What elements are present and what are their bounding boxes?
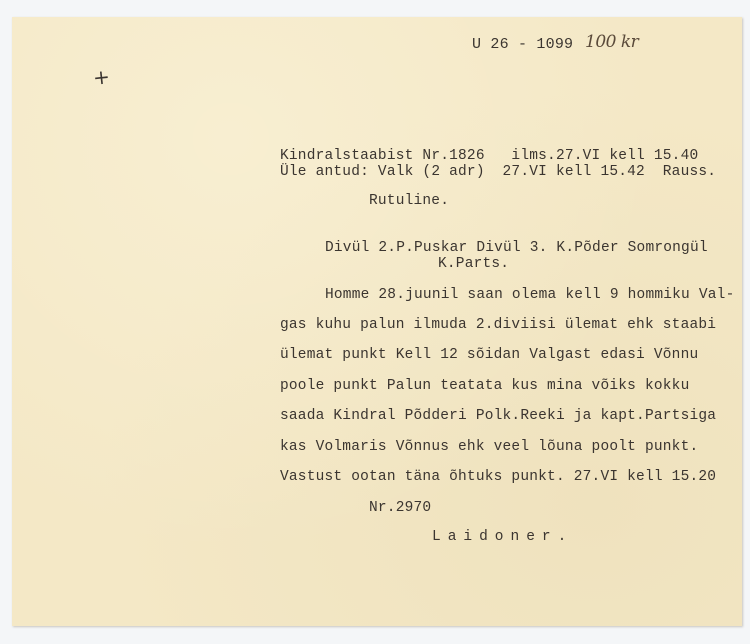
reference-number: U 26 - 1099 [472,37,573,53]
document-number: Nr.2970 [369,500,431,516]
header-line-1: Kindralstaabist Nr.1826 ilms.27.VI kell … [280,148,698,164]
body-line: saada Kindral Põdderi Polk.Reeki ja kapt… [280,408,716,424]
body-line: Homme 28.juunil saan olema kell 9 hommik… [325,287,734,303]
body-line: gas kuhu palun ilmuda 2.diviisi ülemat e… [280,317,716,333]
body-line: ülemat punkt Kell 12 sõidan Valgast edas… [280,347,698,363]
handwritten-note: 100 kr [585,32,638,52]
addressee-line-1: Divül 2.P.Puskar Divül 3. K.Põder Somron… [325,240,708,256]
margin-cross-mark: + [92,64,111,90]
body-line: poole punkt Palun teatata kus mina võiks… [280,378,689,394]
priority-label: Rutuline. [369,193,449,209]
header-line-2: Üle antud: Valk (2 adr) 27.VI kell 15.42… [280,164,716,180]
signature: Laidoner. [432,529,573,545]
body-line: Vastust ootan täna õhtuks punkt. 27.VI k… [280,469,716,485]
addressee-line-2: K.Parts. [438,256,509,272]
body-line: kas Volmaris Võnnus ehk veel lõuna poolt… [280,439,698,455]
